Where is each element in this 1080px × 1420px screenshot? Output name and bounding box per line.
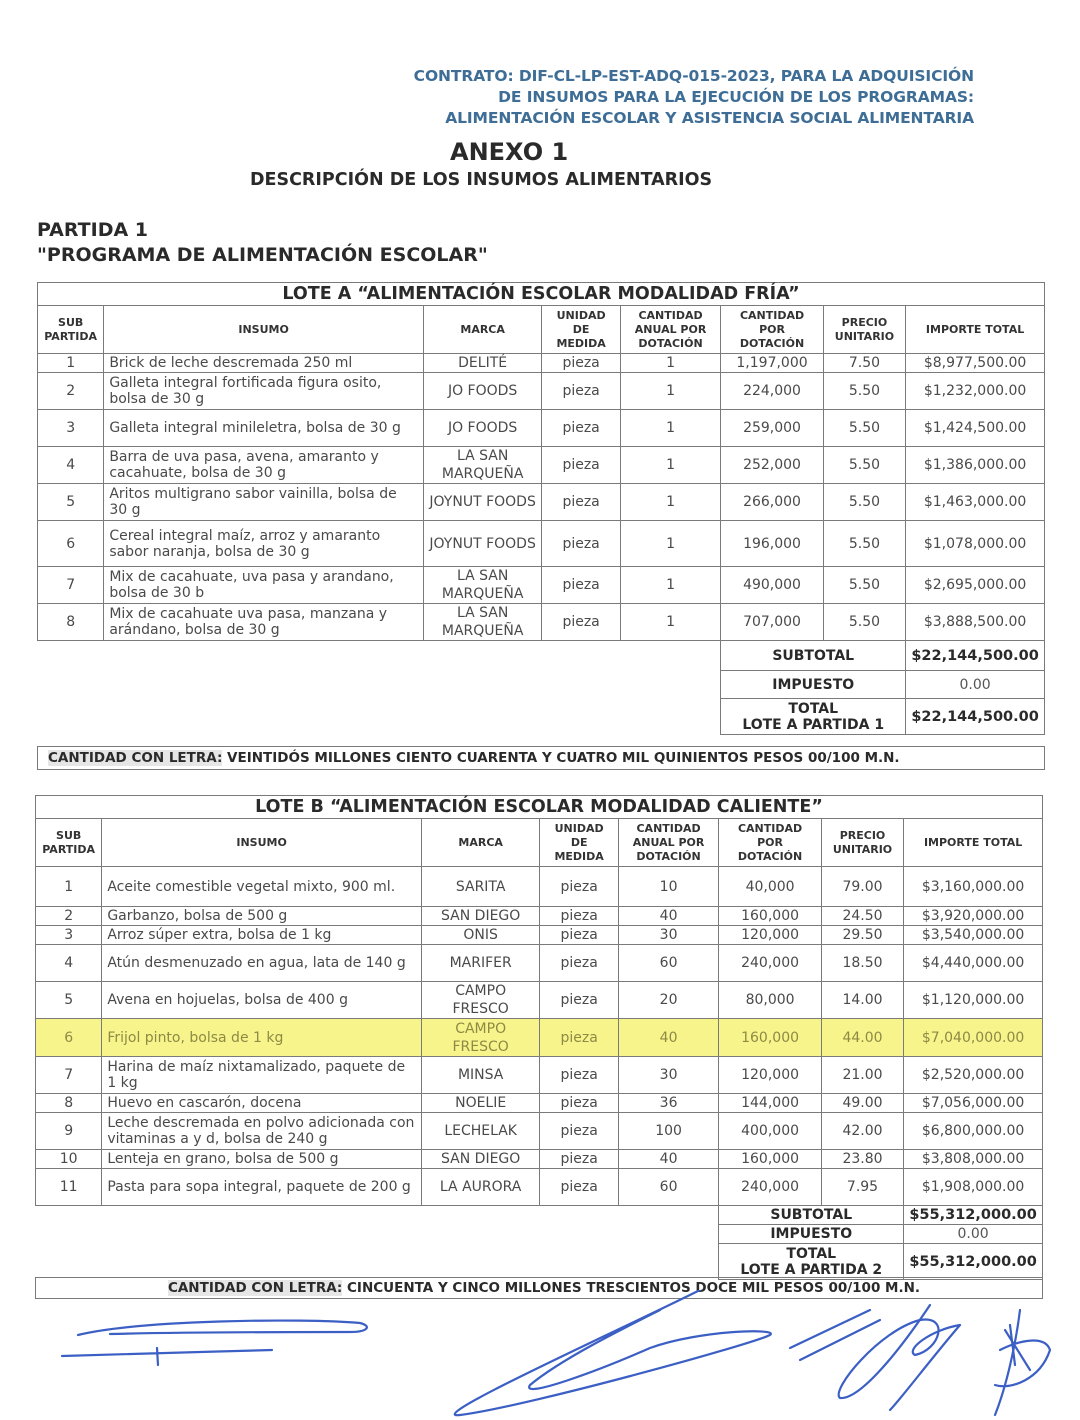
- cell-cantidad-anual: 60: [618, 945, 718, 982]
- cell-importe: $1,908,000.00: [904, 1169, 1043, 1206]
- cell-insumo: Huevo en cascarón, docena: [102, 1094, 422, 1113]
- col-cantidad-anual: CANTIDAD ANUAL POR DOTACIÓN: [618, 819, 718, 867]
- cell-cantidad-por: 490,000: [721, 567, 823, 604]
- cell-cantidad-por: 224,000: [721, 373, 823, 410]
- table-row: 4Atún desmenuzado en agua, lata de 140 g…: [36, 945, 1043, 982]
- cell-importe: $1,424,500.00: [906, 410, 1045, 447]
- cell-marca: SARITA: [421, 867, 540, 907]
- cell-marca: MINSA: [421, 1057, 540, 1094]
- contract-line: ALIMENTACIÓN ESCOLAR Y ASISTENCIA SOCIAL…: [414, 108, 974, 129]
- lote-a-cantidad-letra: CANTIDAD CON LETRA: VEINTIDÓS MILLONES C…: [37, 746, 1045, 770]
- cell-marca: CAMPO FRESCO: [421, 1019, 540, 1057]
- cell-importe: $3,808,000.00: [904, 1150, 1043, 1169]
- cell-unidad: pieza: [542, 410, 620, 447]
- partida-number: PARTIDA 1: [37, 218, 488, 243]
- cell-precio: 42.00: [821, 1113, 903, 1150]
- col-sub-partida: SUB PARTIDA: [36, 819, 102, 867]
- cell-cantidad-anual: 1: [620, 567, 720, 604]
- cell-cantidad-anual: 1: [620, 373, 720, 410]
- cell-sub-partida: 7: [36, 1057, 102, 1094]
- cell-marca: JO FOODS: [423, 373, 542, 410]
- cell-cantidad-anual: 10: [618, 867, 718, 907]
- cell-sub-partida: 2: [36, 907, 102, 926]
- cell-marca: JOYNUT FOODS: [423, 521, 542, 567]
- cell-precio: 7.50: [823, 354, 905, 373]
- cell-precio: 24.50: [821, 907, 903, 926]
- cell-unidad: pieza: [542, 447, 620, 484]
- cell-cantidad-por: 400,000: [719, 1113, 822, 1150]
- cell-marca: LECHELAK: [421, 1113, 540, 1150]
- cell-precio: 5.50: [823, 484, 905, 521]
- contract-line: CONTRATO: DIF-CL-LP-EST-ADQ-015-2023, PA…: [414, 66, 974, 87]
- cell-marca: MARIFER: [421, 945, 540, 982]
- partida-heading: PARTIDA 1 "PROGRAMA DE ALIMENTACIÓN ESCO…: [37, 218, 488, 268]
- cell-precio: 5.50: [823, 373, 905, 410]
- col-importe: IMPORTE TOTAL: [906, 306, 1045, 354]
- table-row: 1Brick de leche descremada 250 mlDELITÉp…: [38, 354, 1045, 373]
- cell-unidad: pieza: [542, 354, 620, 373]
- col-insumo: INSUMO: [102, 819, 422, 867]
- cell-marca: SAN DIEGO: [421, 907, 540, 926]
- cell-importe: $3,540,000.00: [904, 926, 1043, 945]
- table-row: 3Galleta integral minileletra, bolsa de …: [38, 410, 1045, 447]
- table-row: 11Pasta para sopa integral, paquete de 2…: [36, 1169, 1043, 1206]
- cell-unidad: pieza: [540, 867, 618, 907]
- impuesto-value: 0.00: [904, 1225, 1043, 1244]
- cell-importe: $2,695,000.00: [906, 567, 1045, 604]
- cell-insumo: Aceite comestible vegetal mixto, 900 ml.: [102, 867, 422, 907]
- subtotal-value: $55,312,000.00: [904, 1206, 1043, 1225]
- impuesto-label: IMPUESTO: [721, 671, 906, 699]
- cell-sub-partida: 4: [38, 447, 104, 484]
- cell-unidad: pieza: [540, 945, 618, 982]
- cell-importe: $6,800,000.00: [904, 1113, 1043, 1150]
- cell-cantidad-por: 144,000: [719, 1094, 822, 1113]
- impuesto-value: 0.00: [906, 671, 1045, 699]
- cell-precio: 5.50: [823, 521, 905, 567]
- cell-insumo: Mix de cacahuate, uva pasa y arandano, b…: [104, 567, 424, 604]
- col-cantidad-por: CANTIDAD POR DOTACIÓN: [721, 306, 823, 354]
- table-row: 7Harina de maíz nixtamalizado, paquete d…: [36, 1057, 1043, 1094]
- cell-insumo: Avena en hojuelas, bolsa de 400 g: [102, 982, 422, 1019]
- cell-insumo: Frijol pinto, bolsa de 1 kg: [102, 1019, 422, 1057]
- cell-sub-partida: 8: [36, 1094, 102, 1113]
- table-row: 9Leche descremada en polvo adicionada co…: [36, 1113, 1043, 1150]
- anexo-title: ANEXO 1: [450, 138, 568, 166]
- cell-insumo: Arroz súper extra, bolsa de 1 kg: [102, 926, 422, 945]
- table-row: 6Cereal integral maíz, arroz y amaranto …: [38, 521, 1045, 567]
- table-row: 10Lenteja en grano, bolsa de 500 gSAN DI…: [36, 1150, 1043, 1169]
- signatures: [0, 1290, 1080, 1420]
- cell-cantidad-por: 259,000: [721, 410, 823, 447]
- table-row: 2Galleta integral fortificada figura osi…: [38, 373, 1045, 410]
- cell-cantidad-anual: 1: [620, 447, 720, 484]
- total-value: $22,144,500.00: [906, 699, 1045, 735]
- cell-marca: LA AURORA: [421, 1169, 540, 1206]
- cell-cantidad-anual: 60: [618, 1169, 718, 1206]
- cell-sub-partida: 4: [36, 945, 102, 982]
- cell-marca: DELITÉ: [423, 354, 542, 373]
- cell-insumo: Galleta integral minileletra, bolsa de 3…: [104, 410, 424, 447]
- impuesto-label: IMPUESTO: [719, 1225, 904, 1244]
- anexo-subtitle: DESCRIPCIÓN DE LOS INSUMOS ALIMENTARIOS: [250, 170, 712, 190]
- cell-cantidad-por: 266,000: [721, 484, 823, 521]
- table-row: 3Arroz súper extra, bolsa de 1 kgONISpie…: [36, 926, 1043, 945]
- lote-a-table: LOTE A “ALIMENTACIÓN ESCOLAR MODALIDAD F…: [37, 282, 1045, 735]
- letra-label: CANTIDAD CON LETRA:: [48, 750, 222, 766]
- signature-1: [78, 1321, 367, 1335]
- cell-importe: $1,232,000.00: [906, 373, 1045, 410]
- cell-importe: $7,056,000.00: [904, 1094, 1043, 1113]
- cell-insumo: Brick de leche descremada 250 ml: [104, 354, 424, 373]
- cell-sub-partida: 2: [38, 373, 104, 410]
- cell-importe: $1,463,000.00: [906, 484, 1045, 521]
- cell-marca: LA SAN MARQUEÑA: [423, 447, 542, 484]
- cell-unidad: pieza: [542, 567, 620, 604]
- contract-line: DE INSUMOS PARA LA EJECUCIÓN DE LOS PROG…: [414, 87, 974, 108]
- cell-sub-partida: 9: [36, 1113, 102, 1150]
- cell-importe: $2,520,000.00: [904, 1057, 1043, 1094]
- cell-cantidad-anual: 40: [618, 1019, 718, 1057]
- cell-unidad: pieza: [542, 521, 620, 567]
- cell-precio: 21.00: [821, 1057, 903, 1094]
- cell-unidad: pieza: [540, 982, 618, 1019]
- cell-unidad: pieza: [540, 1057, 618, 1094]
- lote-b-table: LOTE B “ALIMENTACIÓN ESCOLAR MODALIDAD C…: [35, 795, 1043, 1280]
- table-row: 1Aceite comestible vegetal mixto, 900 ml…: [36, 867, 1043, 907]
- cell-sub-partida: 10: [36, 1150, 102, 1169]
- cell-sub-partida: 1: [38, 354, 104, 373]
- cell-insumo: Garbanzo, bolsa de 500 g: [102, 907, 422, 926]
- cell-precio: 5.50: [823, 604, 905, 641]
- cell-importe: $3,888,500.00: [906, 604, 1045, 641]
- col-precio: PRECIO UNITARIO: [821, 819, 903, 867]
- cell-insumo: Leche descremada en polvo adicionada con…: [102, 1113, 422, 1150]
- cell-cantidad-por: 40,000: [719, 867, 822, 907]
- table-row: 7Mix de cacahuate, uva pasa y arandano, …: [38, 567, 1045, 604]
- cell-importe: $1,078,000.00: [906, 521, 1045, 567]
- cell-importe: $7,040,000.00: [904, 1019, 1043, 1057]
- subtotal-label: SUBTOTAL: [721, 641, 906, 671]
- col-importe: IMPORTE TOTAL: [904, 819, 1043, 867]
- signature-3: [790, 1310, 880, 1360]
- cell-unidad: pieza: [542, 604, 620, 641]
- cell-unidad: pieza: [540, 1113, 618, 1150]
- cell-cantidad-anual: 40: [618, 1150, 718, 1169]
- signature-1-line: [62, 1348, 272, 1365]
- cell-marca: JOYNUT FOODS: [423, 484, 542, 521]
- table-row: 8Huevo en cascarón, docenaNOELIEpieza361…: [36, 1094, 1043, 1113]
- cell-cantidad-anual: 20: [618, 982, 718, 1019]
- cell-sub-partida: 6: [38, 521, 104, 567]
- cell-sub-partida: 6: [36, 1019, 102, 1057]
- table-row: 5Avena en hojuelas, bolsa de 400 gCAMPO …: [36, 982, 1043, 1019]
- cell-unidad: pieza: [540, 1094, 618, 1113]
- cell-cantidad-por: 160,000: [719, 907, 822, 926]
- cell-unidad: pieza: [540, 907, 618, 926]
- cell-precio: 18.50: [821, 945, 903, 982]
- cell-cantidad-por: 240,000: [719, 945, 822, 982]
- cell-precio: 44.00: [821, 1019, 903, 1057]
- cell-marca: LA SAN MARQUEÑA: [423, 567, 542, 604]
- cell-cantidad-anual: 30: [618, 1057, 718, 1094]
- cell-importe: $3,160,000.00: [904, 867, 1043, 907]
- cell-cantidad-anual: 1: [620, 410, 720, 447]
- cell-insumo: Barra de uva pasa, avena, amaranto y cac…: [104, 447, 424, 484]
- cell-cantidad-por: 707,000: [721, 604, 823, 641]
- cell-precio: 5.50: [823, 410, 905, 447]
- cell-cantidad-anual: 40: [618, 907, 718, 926]
- signature-4: [839, 1305, 960, 1410]
- subtotal-label: SUBTOTAL: [719, 1206, 904, 1225]
- table-row: 6Frijol pinto, bolsa de 1 kgCAMPO FRESCO…: [36, 1019, 1043, 1057]
- cell-marca: ONIS: [421, 926, 540, 945]
- col-sub-partida: SUB PARTIDA: [38, 306, 104, 354]
- cell-unidad: pieza: [542, 373, 620, 410]
- cell-unidad: pieza: [540, 1169, 618, 1206]
- cell-precio: 79.00: [821, 867, 903, 907]
- cell-marca: SAN DIEGO: [421, 1150, 540, 1169]
- cell-marca: JO FOODS: [423, 410, 542, 447]
- lote-a-title: LOTE A “ALIMENTACIÓN ESCOLAR MODALIDAD F…: [38, 283, 1045, 306]
- cell-cantidad-anual: 1: [620, 354, 720, 373]
- cell-insumo: Aritos multigrano sabor vainilla, bolsa …: [104, 484, 424, 521]
- cell-cantidad-anual: 30: [618, 926, 718, 945]
- col-unidad: UNIDAD DE MEDIDA: [542, 306, 620, 354]
- cell-sub-partida: 5: [36, 982, 102, 1019]
- cell-cantidad-por: 252,000: [721, 447, 823, 484]
- cell-unidad: pieza: [542, 484, 620, 521]
- cell-precio: 5.50: [823, 447, 905, 484]
- cell-precio: 49.00: [821, 1094, 903, 1113]
- table-row: 8Mix de cacahuate uva pasa, manzana y ar…: [38, 604, 1045, 641]
- cell-sub-partida: 7: [38, 567, 104, 604]
- table-row: 5Aritos multigrano sabor vainilla, bolsa…: [38, 484, 1045, 521]
- cell-cantidad-por: 1,197,000: [721, 354, 823, 373]
- cell-insumo: Cereal integral maíz, arroz y amaranto s…: [104, 521, 424, 567]
- cell-sub-partida: 11: [36, 1169, 102, 1206]
- cell-precio: 23.80: [821, 1150, 903, 1169]
- partida-program: "PROGRAMA DE ALIMENTACIÓN ESCOLAR": [37, 243, 488, 268]
- cell-insumo: Pasta para sopa integral, paquete de 200…: [102, 1169, 422, 1206]
- cell-marca: NOELIE: [421, 1094, 540, 1113]
- cell-sub-partida: 3: [36, 926, 102, 945]
- cell-insumo: Mix de cacahuate uva pasa, manzana y ará…: [104, 604, 424, 641]
- cell-sub-partida: 3: [38, 410, 104, 447]
- col-cantidad-anual: CANTIDAD ANUAL POR DOTACIÓN: [620, 306, 720, 354]
- cell-insumo: Lenteja en grano, bolsa de 500 g: [102, 1150, 422, 1169]
- letra-value: VEINTIDÓS MILLONES CIENTO CUARENTA Y CUA…: [222, 750, 899, 766]
- signature-5: [995, 1310, 1050, 1415]
- cell-cantidad-anual: 36: [618, 1094, 718, 1113]
- cell-cantidad-por: 120,000: [719, 926, 822, 945]
- cell-insumo: Harina de maíz nixtamalizado, paquete de…: [102, 1057, 422, 1094]
- cell-cantidad-por: 120,000: [719, 1057, 822, 1094]
- cell-sub-partida: 8: [38, 604, 104, 641]
- cell-cantidad-por: 160,000: [719, 1019, 822, 1057]
- total-label: TOTALLOTE A PARTIDA 2: [719, 1244, 904, 1280]
- cell-cantidad-anual: 100: [618, 1113, 718, 1150]
- cell-unidad: pieza: [540, 1019, 618, 1057]
- cell-cantidad-por: 160,000: [719, 1150, 822, 1169]
- cell-marca: LA SAN MARQUEÑA: [423, 604, 542, 641]
- contract-header: CONTRATO: DIF-CL-LP-EST-ADQ-015-2023, PA…: [414, 66, 974, 129]
- col-precio: PRECIO UNITARIO: [823, 306, 905, 354]
- cell-importe: $8,977,500.00: [906, 354, 1045, 373]
- cell-precio: 7.95: [821, 1169, 903, 1206]
- cell-insumo: Atún desmenuzado en agua, lata de 140 g: [102, 945, 422, 982]
- cell-unidad: pieza: [540, 1150, 618, 1169]
- col-marca: MARCA: [423, 306, 542, 354]
- cell-unidad: pieza: [540, 926, 618, 945]
- cell-cantidad-anual: 1: [620, 484, 720, 521]
- col-insumo: INSUMO: [104, 306, 424, 354]
- signature-2: [455, 1290, 771, 1415]
- subtotal-value: $22,144,500.00: [906, 641, 1045, 671]
- cell-cantidad-por: 80,000: [719, 982, 822, 1019]
- col-cantidad-por: CANTIDAD POR DOTACIÓN: [719, 819, 822, 867]
- cell-cantidad-anual: 1: [620, 604, 720, 641]
- cell-precio: 29.50: [821, 926, 903, 945]
- cell-precio: 14.00: [821, 982, 903, 1019]
- cell-importe: $1,120,000.00: [904, 982, 1043, 1019]
- col-unidad: UNIDAD DE MEDIDA: [540, 819, 618, 867]
- cell-sub-partida: 5: [38, 484, 104, 521]
- cell-precio: 5.50: [823, 567, 905, 604]
- total-value: $55,312,000.00: [904, 1244, 1043, 1280]
- cell-marca: CAMPO FRESCO: [421, 982, 540, 1019]
- cell-importe: $3,920,000.00: [904, 907, 1043, 926]
- table-row: 4Barra de uva pasa, avena, amaranto y ca…: [38, 447, 1045, 484]
- cell-cantidad-por: 196,000: [721, 521, 823, 567]
- total-label: TOTALLOTE A PARTIDA 1: [721, 699, 906, 735]
- cell-insumo: Galleta integral fortificada figura osit…: [104, 373, 424, 410]
- col-marca: MARCA: [421, 819, 540, 867]
- cell-importe: $1,386,000.00: [906, 447, 1045, 484]
- cell-sub-partida: 1: [36, 867, 102, 907]
- cell-cantidad-anual: 1: [620, 521, 720, 567]
- cell-cantidad-por: 240,000: [719, 1169, 822, 1206]
- lote-b-title: LOTE B “ALIMENTACIÓN ESCOLAR MODALIDAD C…: [36, 796, 1043, 819]
- table-row: 2Garbanzo, bolsa de 500 gSAN DIEGOpieza4…: [36, 907, 1043, 926]
- cell-importe: $4,440,000.00: [904, 945, 1043, 982]
